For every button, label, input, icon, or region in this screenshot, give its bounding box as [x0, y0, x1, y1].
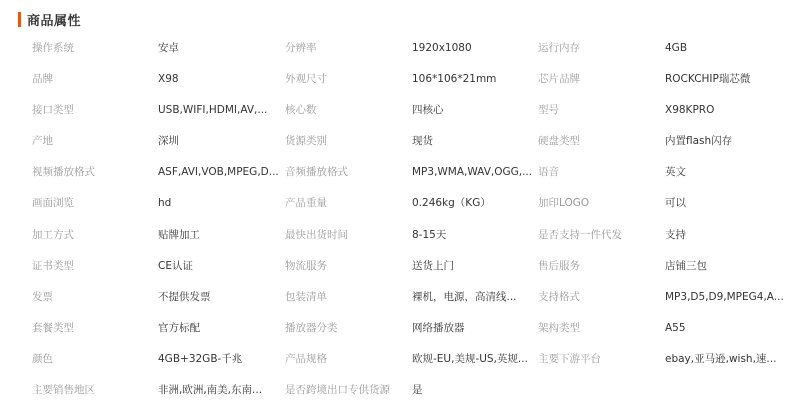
attribute-label: 架构类型 — [538, 317, 580, 348]
attribute-label: 包装清单 — [285, 286, 327, 317]
attribute-value: 英文 — [665, 161, 686, 192]
attribute-label: 最快出货时间 — [285, 224, 348, 255]
attribute-value: 店铺三包 — [665, 255, 707, 286]
attribute-label: 是否跨境出口专供货源 — [285, 379, 390, 410]
accent-bar — [18, 12, 21, 27]
attribute-value: 贴牌加工 — [158, 224, 200, 255]
attribute-value: 送货上门 — [412, 255, 454, 286]
attribute-value: 四核心 — [412, 99, 444, 130]
attribute-value: 深圳 — [158, 130, 179, 161]
attribute-row: 发票不提供发票包装清单裸机，电源，高清线...支持格式MP3,D5,D9,MPE… — [0, 286, 800, 317]
attribute-value: 官方标配 — [158, 317, 200, 348]
attribute-label: 品牌 — [32, 68, 53, 99]
attribute-value: 是 — [412, 379, 423, 410]
attribute-label: 型号 — [538, 99, 559, 130]
attribute-value: 1920x1080 — [412, 37, 472, 68]
attribute-value: USB,WIFI,HDMI,AV,... — [158, 99, 267, 130]
attribute-label: 发票 — [32, 286, 53, 317]
attribute-label: 语音 — [538, 161, 559, 192]
attribute-label: 证书类型 — [32, 255, 74, 286]
attribute-value: 支持 — [665, 224, 686, 255]
attribute-label: 运行内存 — [538, 37, 580, 68]
attribute-value: 4GB+32GB-千兆 — [158, 348, 242, 379]
attribute-label: 画面浏览 — [32, 192, 74, 223]
attribute-value: ROCKCHIP瑞芯微 — [665, 68, 750, 99]
attribute-label: 音频播放格式 — [285, 161, 348, 192]
attribute-value: CE认证 — [158, 255, 193, 286]
attribute-value: X98KPRO — [665, 99, 714, 130]
attribute-row: 接口类型USB,WIFI,HDMI,AV,...核心数四核心型号X98KPRO — [0, 99, 800, 130]
attribute-label: 核心数 — [285, 99, 317, 130]
attribute-row: 品牌X98外观尺寸106*106*21mm芯片品牌ROCKCHIP瑞芯微 — [0, 68, 800, 99]
attribute-row: 套餐类型官方标配播放器分类网络播放器架构类型A55 — [0, 317, 800, 348]
attribute-value: 现货 — [412, 130, 433, 161]
attribute-value: 8-15天 — [412, 224, 446, 255]
attribute-row: 画面浏览hd产品重量0.246kg（KG）加印LOGO可以 — [0, 192, 800, 223]
attribute-label: 售后服务 — [538, 255, 580, 286]
attribute-value: 网络播放器 — [412, 317, 465, 348]
attribute-value: 欧规-EU,美规-US,英规... — [412, 348, 528, 379]
attribute-label: 支持格式 — [538, 286, 580, 317]
attribute-label: 视频播放格式 — [32, 161, 95, 192]
attribute-value: 不提供发票 — [158, 286, 211, 317]
attribute-label: 播放器分类 — [285, 317, 338, 348]
attribute-label: 主要销售地区 — [32, 379, 95, 410]
attribute-label: 硬盘类型 — [538, 130, 580, 161]
attribute-row: 主要销售地区非洲,欧洲,南美,东南...是否跨境出口专供货源是 — [0, 379, 800, 410]
attribute-label: 物流服务 — [285, 255, 327, 286]
attribute-label: 操作系统 — [32, 37, 74, 68]
attribute-value: MP3,WMA,WAV,OGG,... — [412, 161, 532, 192]
attribute-value: 内置flash闪存 — [665, 130, 732, 161]
attribute-value: 0.246kg（KG） — [412, 192, 491, 223]
attribute-label: 产地 — [32, 130, 53, 161]
product-attributes-section: 商品属性 操作系统安卓分辨率1920x1080运行内存4GB品牌X98外观尺寸1… — [0, 0, 800, 410]
attribute-label: 分辨率 — [285, 37, 317, 68]
attribute-row: 操作系统安卓分辨率1920x1080运行内存4GB — [0, 37, 800, 68]
attribute-value: 非洲,欧洲,南美,东南... — [158, 379, 262, 410]
attribute-label: 产品重量 — [285, 192, 327, 223]
attribute-row: 证书类型CE认证物流服务送货上门售后服务店铺三包 — [0, 255, 800, 286]
attribute-value: 可以 — [665, 192, 686, 223]
attribute-value: A55 — [665, 317, 686, 348]
attribute-value: MP3,D5,D9,MPEG4,A... — [665, 286, 784, 317]
attribute-row: 产地深圳货源类别现货硬盘类型内置flash闪存 — [0, 130, 800, 161]
attribute-label: 加工方式 — [32, 224, 74, 255]
attribute-label: 外观尺寸 — [285, 68, 327, 99]
attribute-label: 货源类别 — [285, 130, 327, 161]
attribute-label: 产品规格 — [285, 348, 327, 379]
attributes-grid: 操作系统安卓分辨率1920x1080运行内存4GB品牌X98外观尺寸106*10… — [0, 37, 800, 410]
attribute-value: ebay,亚马逊,wish,速... — [665, 348, 776, 379]
attribute-row: 加工方式贴牌加工最快出货时间8-15天是否支持一件代发支持 — [0, 224, 800, 255]
attribute-value: 4GB — [665, 37, 687, 68]
attribute-value: X98 — [158, 68, 179, 99]
attribute-label: 套餐类型 — [32, 317, 74, 348]
attribute-value: 106*106*21mm — [412, 68, 496, 99]
attribute-label: 接口类型 — [32, 99, 74, 130]
attribute-value: hd — [158, 192, 171, 223]
attribute-value: 裸机，电源，高清线... — [412, 286, 517, 317]
section-header: 商品属性 — [18, 9, 81, 29]
attribute-label: 是否支持一件代发 — [538, 224, 622, 255]
attribute-label: 主要下游平台 — [538, 348, 601, 379]
section-title: 商品属性 — [27, 10, 81, 29]
attribute-value: 安卓 — [158, 37, 179, 68]
attribute-label: 加印LOGO — [538, 192, 589, 223]
attribute-label: 芯片品牌 — [538, 68, 580, 99]
attribute-row: 视频播放格式ASF,AVI,VOB,MPEG,D...音频播放格式MP3,WMA… — [0, 161, 800, 192]
attribute-row: 颜色4GB+32GB-千兆产品规格欧规-EU,美规-US,英规...主要下游平台… — [0, 348, 800, 379]
attribute-label: 颜色 — [32, 348, 53, 379]
attribute-value: ASF,AVI,VOB,MPEG,D... — [158, 161, 279, 192]
